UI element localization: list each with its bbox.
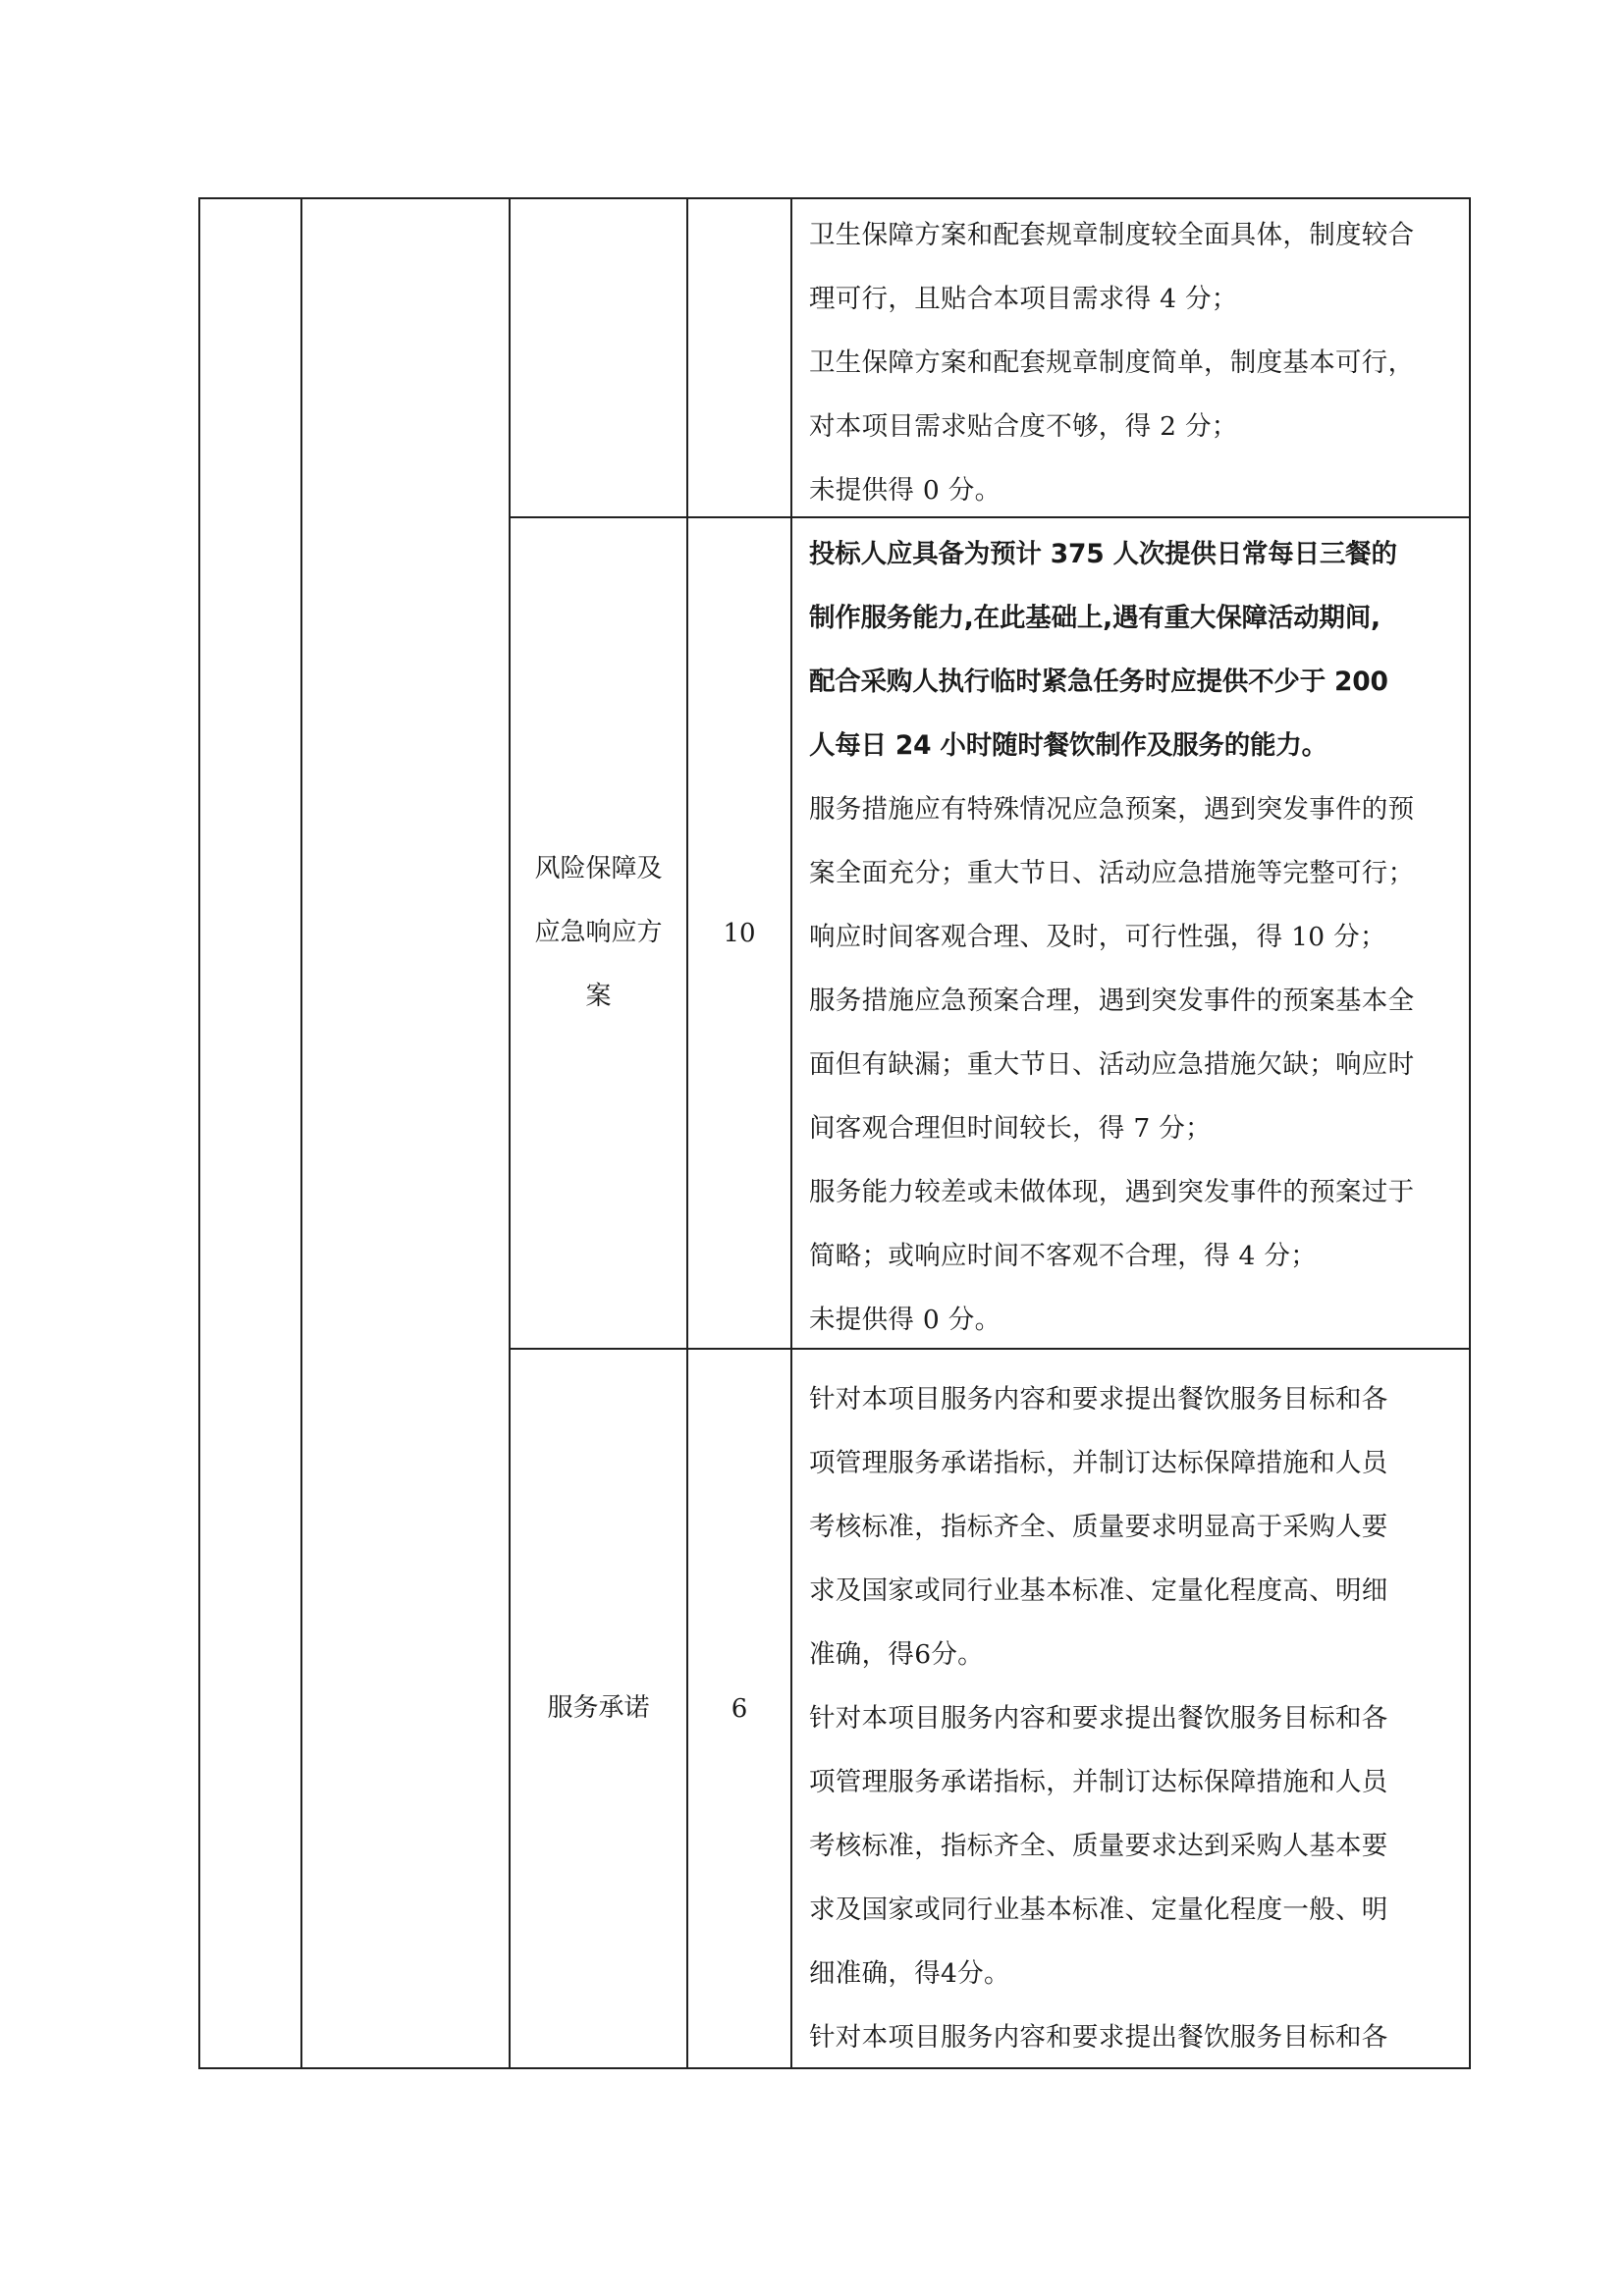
criteria-line-bold: 人每日 24 小时随时餐饮制作及服务的能力。 [809,714,1461,777]
criteria-line-bold: 投标人应具备为预计 375 人次提供日常每日三餐的 [809,522,1461,586]
score-value: 6 [731,1694,748,1724]
criteria-line: 简略；或响应时间不客观不合理，得 4 分； [809,1224,1461,1288]
criteria-line: 卫生保障方案和配套规章制度较全面具体，制度较合 [809,203,1461,267]
criteria-line: 服务能力较差或未做体现，遇到突发事件的预案过于 [809,1160,1461,1224]
item-label-line: 应急响应方 [534,901,662,965]
criteria-line: 考核标准，指标齐全、质量要求达到采购人基本要 [809,1814,1461,1878]
score-value: 10 [723,919,755,948]
criteria-line: 针对本项目服务内容和要求提出餐饮服务目标和各 [809,1686,1461,1750]
criteria-cell-risk-emergency: 投标人应具备为预计 375 人次提供日常每日三餐的 制作服务能力,在此基础上,遇… [792,518,1471,1348]
criteria-line: 求及国家或同行业基本标准、定量化程度高、明细 [809,1559,1461,1623]
criteria-line: 准确，得6分。 [809,1623,1461,1686]
criteria-line: 项管理服务承诺指标，并制订达标保障措施和人员 [809,1750,1461,1814]
score-cell-risk-emergency: 10 [688,518,790,1348]
criteria-line: 服务措施应有特殊情况应急预案，遇到突发事件的预 [809,777,1461,841]
criteria-line: 对本项目需求贴合度不够，得 2 分； [809,395,1461,458]
item-label-line: 案 [585,965,611,1029]
criteria-line: 未提供得 0 分。 [809,458,1461,522]
criteria-line: 响应时间客观合理、及时，可行性强，得 10 分； [809,905,1461,969]
criteria-line: 求及国家或同行业基本标准、定量化程度一般、明 [809,1878,1461,1942]
column-divider [300,199,302,2067]
item-cell-risk-emergency: 风险保障及 应急响应方 案 [511,518,686,1348]
criteria-cell-sanitation: 卫生保障方案和配套规章制度较全面具体，制度较合 理可行，且贴合本项目需求得 4 … [792,199,1471,516]
criteria-line: 针对本项目服务内容和要求提出餐饮服务目标和各 [809,1367,1461,1431]
criteria-line: 服务措施应急预案合理，遇到突发事件的预案基本全 [809,969,1461,1033]
criteria-line: 细准确，得4分。 [809,1942,1461,2005]
criteria-line: 卫生保障方案和配套规章制度简单，制度基本可行， [809,331,1461,395]
scoring-table: 卫生保障方案和配套规章制度较全面具体，制度较合 理可行，且贴合本项目需求得 4 … [198,197,1471,2069]
criteria-line: 间客观合理但时间较长，得 7 分； [809,1096,1461,1160]
criteria-line: 针对本项目服务内容和要求提出餐饮服务目标和各 [809,2005,1461,2069]
criteria-cell-service-commitment: 针对本项目服务内容和要求提出餐饮服务目标和各 项管理服务承诺指标，并制订达标保障… [792,1350,1471,2067]
criteria-line: 考核标准，指标齐全、质量要求明显高于采购人要 [809,1495,1461,1559]
document-page: 卫生保障方案和配套规章制度较全面具体，制度较合 理可行，且贴合本项目需求得 4 … [0,0,1624,2296]
criteria-line: 案全面充分；重大节日、活动应急措施等完整可行； [809,841,1461,905]
criteria-line-bold: 配合采购人执行临时紧急任务时应提供不少于 200 [809,650,1461,714]
item-label-line: 服务承诺 [547,1677,649,1740]
criteria-line: 项管理服务承诺指标，并制订达标保障措施和人员 [809,1431,1461,1495]
criteria-line: 理可行，且贴合本项目需求得 4 分； [809,267,1461,331]
criteria-line: 未提供得 0 分。 [809,1288,1461,1352]
score-cell-service-commitment: 6 [688,1350,790,2067]
item-cell-service-commitment: 服务承诺 [511,1350,686,2067]
criteria-line: 面但有缺漏；重大节日、活动应急措施欠缺；响应时 [809,1033,1461,1096]
criteria-line-bold: 制作服务能力,在此基础上,遇有重大保障活动期间, [809,586,1461,650]
item-label-line: 风险保障及 [534,837,662,901]
